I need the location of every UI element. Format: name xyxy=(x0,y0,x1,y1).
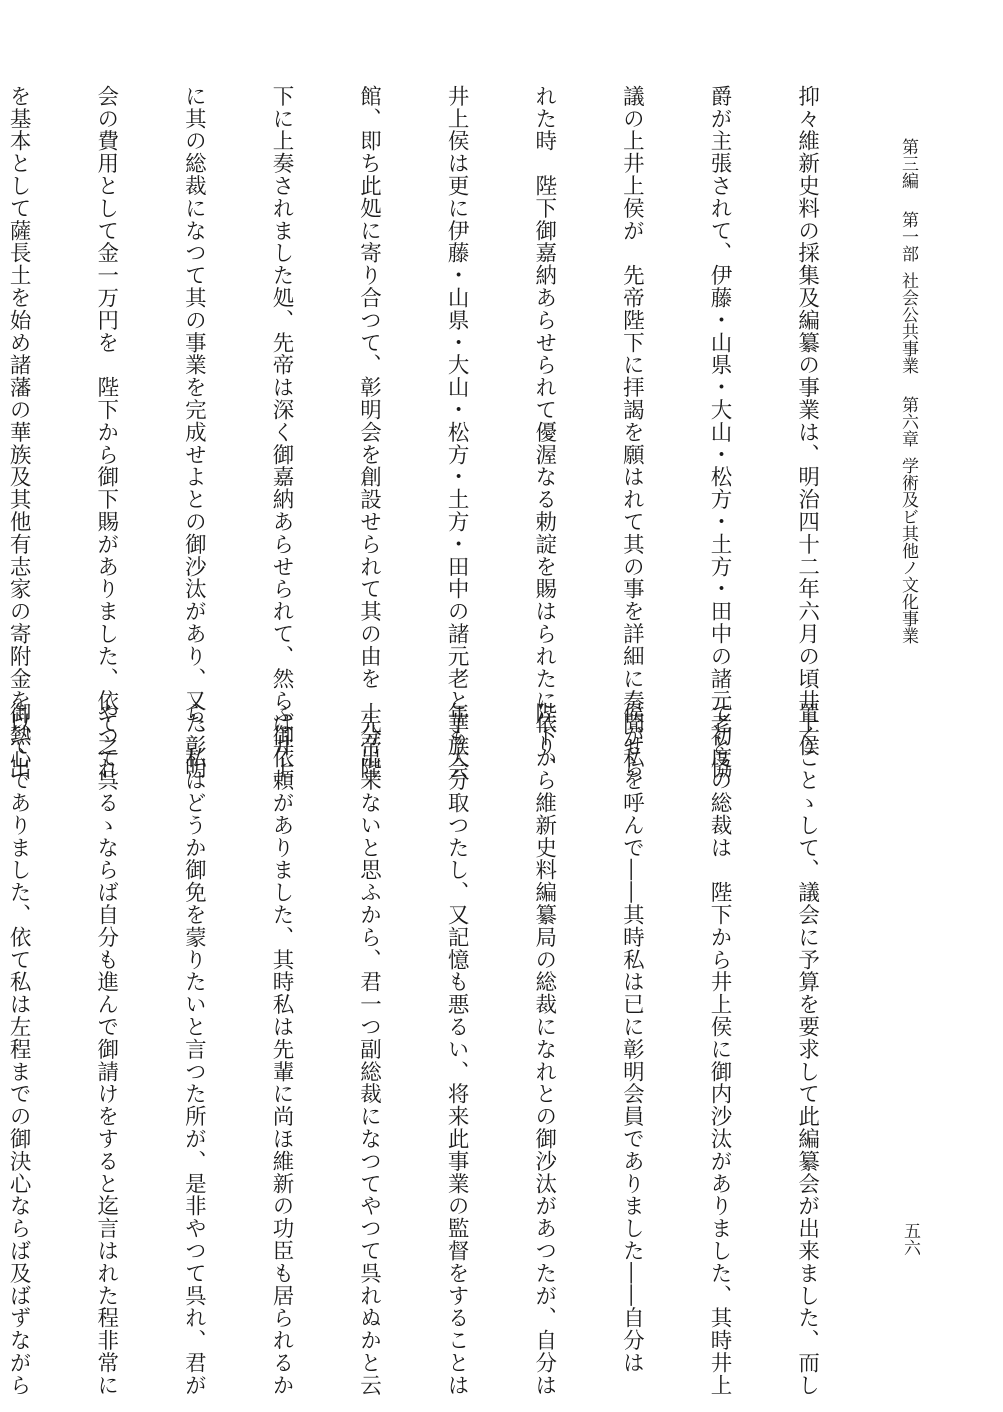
text-column: 井上侯は更に伊藤・山県・大山・松方・土方・田中の諸元老と華族会 xyxy=(442,85,471,695)
text-column: やつて呉るゝならば自分も進んで御請けをすると迄言はれた程非常に xyxy=(92,702,121,1342)
header-chapter-title: 学術及ビ其他ノ文化事業 xyxy=(898,457,918,644)
text-column: 置くことゝして、議会に予算を要求して此編纂会が出来ました、而し xyxy=(792,702,821,1342)
body-text-bottom: 置くことゝして、議会に予算を要求して此編纂会が出来ました、而し て初度の総裁は … xyxy=(80,702,880,1342)
text-column: 抑々維新史料の採集及編纂の事業は、明治四十二年六月の頃井上侯 xyxy=(792,85,821,695)
running-header: 第三編第一部社会公共事業第六章学術及ビ其他ノ文化事業 xyxy=(893,138,923,698)
text-column: ふ御依頼がありました、其時私は先輩に尚ほ維新の功臣も居られるか xyxy=(267,702,296,1342)
text-column: 会の費用として金一万円を 陛下から御下賜がありました、依て之れ xyxy=(92,85,121,695)
text-column: 議の上井上侯が 先帝陛下に拝謁を願はれて其の事を詳細に奏聞せら xyxy=(617,85,646,695)
header-section: 第一部 xyxy=(898,211,918,262)
text-column: 御熱心でありました、依て私は左程までの御決心ならば及ばずながら xyxy=(4,702,33,1342)
text-column: ら、私はどうか御免を蒙りたいと言つた所が、是非やつて呉れ、君が xyxy=(179,702,208,1342)
text-column: 下に上奏されました処、先帝は深く御嘉納あらせられて、然らば井上 xyxy=(267,85,296,695)
text-column: 陛下から維新史料編纂局の総裁になれとの御沙汰があつたが、自分は xyxy=(530,702,559,1342)
text-column: て初度の総裁は 陛下から井上侯に御内沙汰がありました、其時井上 xyxy=(705,702,734,1342)
text-column: 館、即ち此処に寄り合つて、彰明会を創設せられて其の由を 先帝陛 xyxy=(354,85,383,695)
text-column: を基本として薩長土を始め諸藩の華族及其他有志家の寄附金を以て出 xyxy=(4,85,33,695)
text-column: 爵が主張されて、伊藤・山県・大山・松方・土方・田中の諸元老と協 xyxy=(705,85,734,695)
page-number: 五六 xyxy=(895,1222,925,1282)
body-text-top: 抑々維新史料の採集及編纂の事業は、明治四十二年六月の頃井上侯 爵が主張されて、伊… xyxy=(80,85,880,695)
header-chapter: 第六章 xyxy=(898,396,918,447)
text-column: 年も大分取つたし、又記憶も悪るい、将来此事業の監督をすることは xyxy=(442,702,471,1342)
text-column: れた時 陛下御嘉納あらせられて優渥なる勅諚を賜はられたに依り、 xyxy=(530,85,559,695)
text-column: に其の総裁になつて其の事業を完成せよとの御沙汰があり、又た彰明 xyxy=(179,85,208,695)
text-column: 侯が私を呼んで――其時私は已に彰明会員でありました――自分は xyxy=(617,702,646,1342)
header-part: 第三編 xyxy=(898,138,918,189)
text-column: 十分出来ないと思ふから、君一つ副総裁になつてやつて呉れぬかと云 xyxy=(354,702,383,1342)
header-section-title: 社会公共事業 xyxy=(898,272,918,374)
